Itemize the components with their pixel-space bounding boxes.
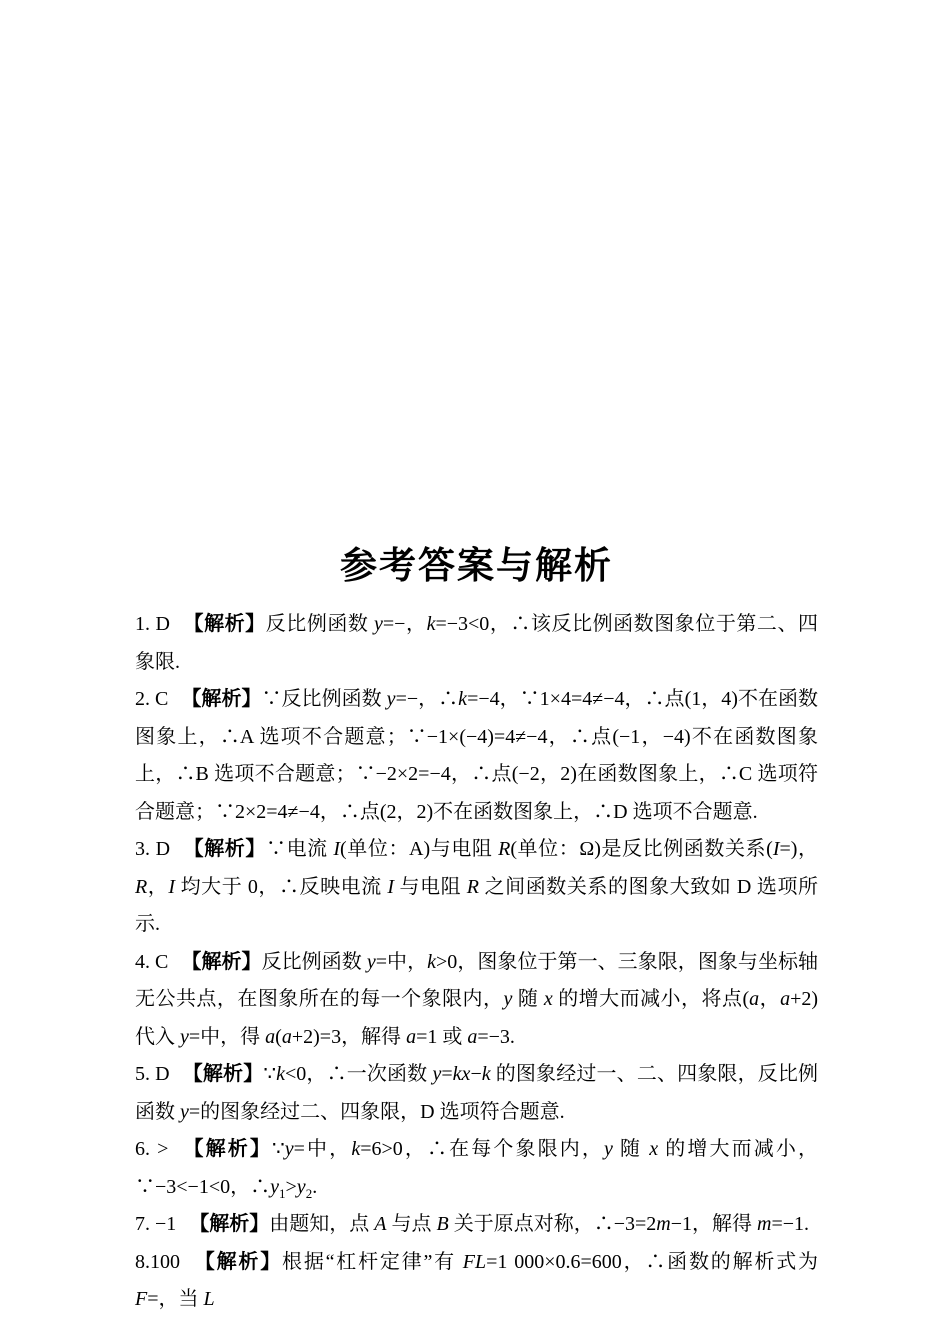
analysis-label: 【解析】 bbox=[183, 838, 266, 860]
item-number-answer: 7. −1 bbox=[135, 1213, 176, 1235]
analysis-label: 【解析】 bbox=[181, 688, 261, 710]
item-number-answer: 2. C bbox=[135, 688, 168, 710]
analysis-label: 【解析】 bbox=[181, 951, 261, 973]
answer-item-6: 6. >【解析】∵y=中，k=6>0，∴在每个象限内，y 随 x 的增大而减小，… bbox=[135, 1131, 818, 1206]
document-page: 参考答案与解析 1. D【解析】反比例函数 y=−，k=−3<0，∴该反比例函数… bbox=[0, 0, 950, 1344]
item-number-answer: 1. D bbox=[135, 613, 170, 635]
answer-item-8: 8.100【解析】根据“杠杆定律”有 FL=1 000×0.6=600，∴函数的… bbox=[135, 1244, 818, 1319]
item-number-answer: 6. > bbox=[135, 1138, 168, 1160]
item-analysis-text: 由题知，点 A 与点 B 关于原点对称，∴−3=2m−1，解得 m=−1. bbox=[269, 1213, 809, 1235]
analysis-label: 【解析】 bbox=[183, 1063, 264, 1085]
analysis-label: 【解析】 bbox=[189, 1213, 269, 1235]
answer-item-2: 2. C【解析】∵反比例函数 y=−，∴k=−4，∵1×4=4≠−4，∴点(1，… bbox=[135, 681, 818, 831]
answer-item-7: 7. −1【解析】由题知，点 A 与点 B 关于原点对称，∴−3=2m−1，解得… bbox=[135, 1206, 818, 1244]
analysis-label: 【解析】 bbox=[193, 1251, 282, 1273]
item-number-answer: 5. D bbox=[135, 1063, 170, 1085]
item-number-answer: 3. D bbox=[135, 838, 170, 860]
analysis-label: 【解析】 bbox=[183, 613, 266, 635]
analysis-label: 【解析】 bbox=[181, 1138, 272, 1160]
item-number-answer: 8.100 bbox=[135, 1251, 180, 1273]
page-title: 参考答案与解析 bbox=[135, 544, 818, 590]
answer-item-4: 4. C【解析】反比例函数 y=中，k>0，图象位于第一、三象限，图象与坐标轴无… bbox=[135, 944, 818, 1057]
item-number-answer: 4. C bbox=[135, 951, 168, 973]
answer-item-3: 3. D【解析】∵电流 I(单位：A)与电阻 R(单位：Ω)是反比例函数关系(I… bbox=[135, 831, 818, 944]
answer-item-1: 1. D【解析】反比例函数 y=−，k=−3<0，∴该反比例函数图象位于第二、四… bbox=[135, 606, 818, 681]
answer-item-5: 5. D【解析】∵k<0，∴一次函数 y=kx−k 的图象经过一、二、四象限，反… bbox=[135, 1056, 818, 1131]
